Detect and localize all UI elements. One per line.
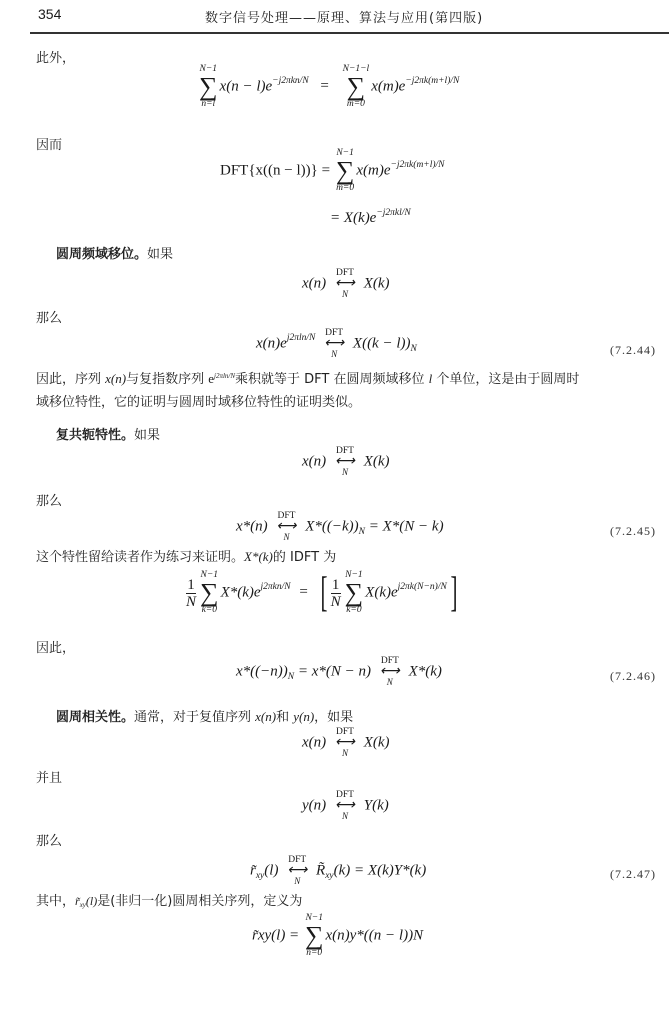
equation-dft-pair: x(n) DFT ⟷ N X(k) — [302, 446, 390, 478]
paragraph-text: 并且 — [36, 767, 62, 786]
equation-dft-pair-y: y(n) DFT ⟷ N Y(k) — [302, 790, 389, 822]
fraction: 1 N — [186, 577, 196, 610]
equation-dft-shift-result: = X(k)e−j2πkl/N — [330, 210, 411, 227]
dft-arrow-icon: DFT ⟷ N — [335, 727, 355, 759]
section-circular-frequency-shift: 圆周频域移位。如果 — [56, 243, 173, 262]
paragraph-text: 此外， — [36, 47, 75, 66]
equation-number: (7.2.44) — [610, 343, 656, 358]
page-number: 354 — [38, 6, 61, 22]
right-bracket: ] — [450, 573, 457, 613]
summation-symbol: N−1 ∑ k=0 — [345, 570, 364, 616]
equation-7-2-47: r̃xy(l) DFT ⟷ N R̃xy(k) = X(k)Y*(k) — [250, 855, 426, 887]
dft-arrow-icon: DFT ⟷ N — [380, 656, 400, 688]
equation-number: (7.2.47) — [610, 867, 656, 882]
dft-arrow-icon: DFT ⟷ N — [276, 511, 296, 543]
summation-symbol: N−1 ∑ m=0 — [336, 148, 355, 194]
summation-symbol: N−1 ∑ n=0 — [305, 913, 324, 959]
paragraph-text: 域移位特性，它的证明与圆周时域移位特性的证明类似。 — [36, 391, 361, 410]
equation-dft-pair: x(n) DFT ⟷ N X(k) — [302, 727, 390, 759]
header-rule — [30, 32, 669, 34]
paragraph-text: 那么 — [36, 830, 62, 849]
equation-number: (7.2.46) — [610, 669, 656, 684]
paragraph-text: 那么 — [36, 490, 62, 509]
summation-symbol: N−1 ∑ k=0 — [200, 570, 219, 616]
paragraph-text: 其中，r̃xy(l)是(非归一化)圆周相关序列，定义为 — [36, 890, 302, 909]
fraction: 1 N — [331, 577, 341, 610]
dft-arrow-icon: DFT ⟷ N — [287, 855, 307, 887]
paragraph-text: 这个特性留给读者作为练习来证明。X*(k)的 IDFT 为 — [36, 546, 336, 565]
dft-arrow-icon: DFT ⟷ N — [335, 268, 355, 300]
paragraph-text: 因此，序列 x(n)与复指数序列 ej2πln/N乘积就等于 DFT 在圆周频域… — [36, 368, 579, 387]
paragraph-text: 那么 — [36, 307, 62, 326]
dft-arrow-icon: DFT ⟷ N — [335, 790, 355, 822]
summation-symbol: N−1−l ∑ m=0 — [343, 64, 370, 110]
equation-number: (7.2.45) — [610, 524, 656, 539]
paragraph-text: 因而 — [36, 134, 62, 153]
left-bracket: [ — [320, 573, 327, 613]
equation-7-2-44: x(n)ej2πln/N DFT ⟷ N X((k − l))N — [256, 328, 417, 360]
equation-dft-shift: DFT{x((n − l))} = N−1 ∑ m=0 x(m)e−j2πk(m… — [220, 148, 445, 194]
equation-7-2-45: x*(n) DFT ⟷ N X*((−k))N = X*(N − k) — [236, 511, 444, 543]
running-header-title: 数字信号处理——原理、算法与应用(第四版) — [205, 7, 483, 26]
dft-arrow-icon: DFT ⟷ N — [324, 328, 344, 360]
equation-dft-pair: x(n) DFT ⟷ N X(k) — [302, 268, 390, 300]
paragraph-text: 因此， — [36, 637, 75, 656]
equation-correlation-definition: r̃xy(l) = N−1 ∑ n=0 x(n)y*((n − l))N — [252, 913, 423, 959]
equation-idft-conjugate: 1 N N−1 ∑ k=0 X*(k)ej2πkn/N = [ 1 N N−1 … — [186, 570, 461, 616]
equation-shift-sum: N−1 ∑ n=l x(n − l)e−j2πkn/N = N−1−l ∑ m=… — [197, 64, 459, 110]
section-circular-correlation: 圆周相关性。通常，对于复值序列 x(n)和 y(n)，如果 — [56, 706, 353, 725]
dft-arrow-icon: DFT ⟷ N — [335, 446, 355, 478]
summation-symbol: N−1 ∑ n=l — [199, 64, 218, 110]
equation-7-2-46: x*((−n))N = x*(N − n) DFT ⟷ N X*(k) — [236, 656, 442, 688]
section-complex-conjugate: 复共轭特性。如果 — [56, 424, 160, 443]
